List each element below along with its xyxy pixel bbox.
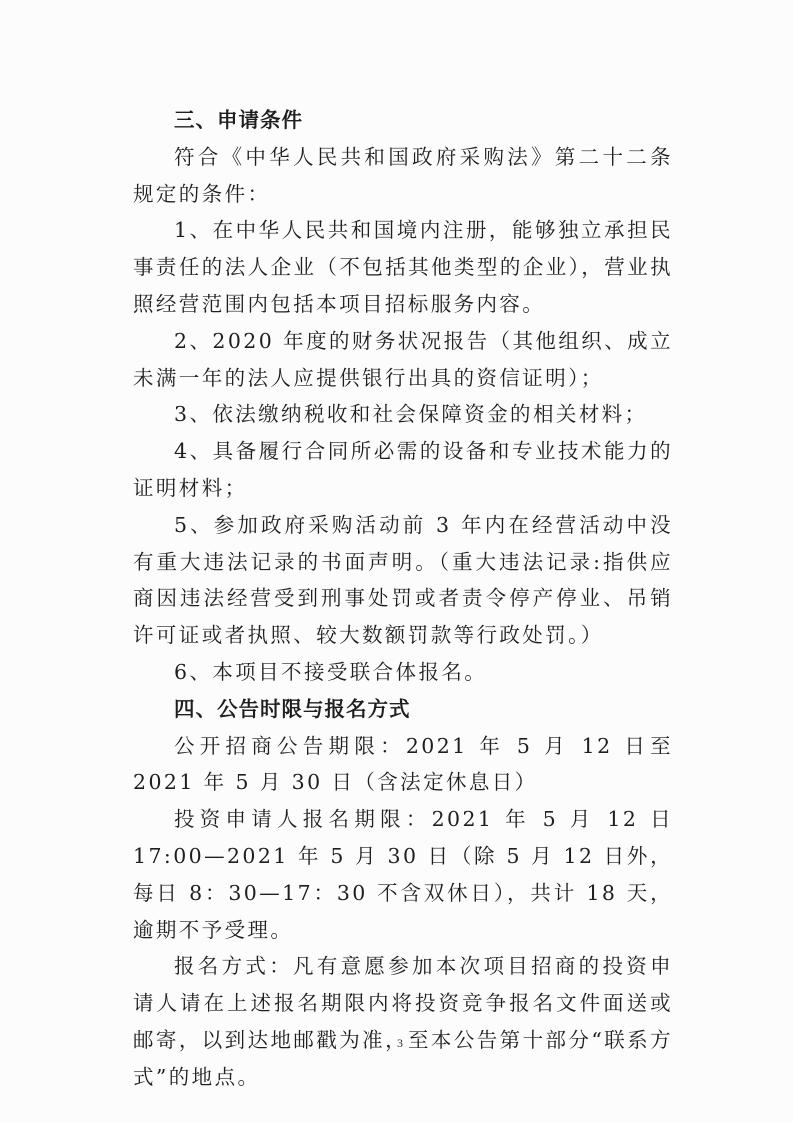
section-heading-notice-period: 四、公告时限与报名方式	[133, 691, 673, 728]
document-page: 三、申请条件 符合《中华人民共和国政府采购法》第二十二条规定的条件： 1、在中华…	[0, 0, 793, 1122]
registration-period-paragraph: 投资申请人报名期限：2021 年 5 月 12 日 17:00—2021 年 5…	[133, 801, 673, 948]
notice-period-paragraph: 公开招商公告期限：2021 年 5 月 12 日至 2021 年 5 月 30 …	[133, 728, 673, 802]
condition-item-5: 5、参加政府采购活动前 3 年内在经营活动中没有重大违法记录的书面声明。（重大违…	[133, 507, 673, 654]
section-heading-application-conditions: 三、申请条件	[133, 102, 673, 139]
document-body: 三、申请条件 符合《中华人民共和国政府采购法》第二十二条规定的条件： 1、在中华…	[133, 102, 673, 1096]
condition-item-2: 2、2020 年度的财务状况报告（其他组织、成立未满一年的法人应提供银行出具的资…	[133, 323, 673, 397]
condition-item-3: 3、依法缴纳税收和社会保障资金的相关材料；	[133, 396, 673, 433]
section-intro: 符合《中华人民共和国政府采购法》第二十二条规定的条件：	[133, 139, 673, 213]
condition-item-4: 4、具备履行合同所必需的设备和专业技术能力的证明材料；	[133, 433, 673, 507]
registration-method-paragraph: 报名方式：凡有意愿参加本次项目招商的投资申请人请在上述报名期限内将投资竞争报名文…	[133, 948, 673, 1095]
condition-item-6: 6、本项目不接受联合体报名。	[133, 654, 673, 691]
page-number: 3	[390, 1036, 410, 1051]
condition-item-1: 1、在中华人民共和国境内注册，能够独立承担民事责任的法人企业（不包括其他类型的企…	[133, 212, 673, 322]
